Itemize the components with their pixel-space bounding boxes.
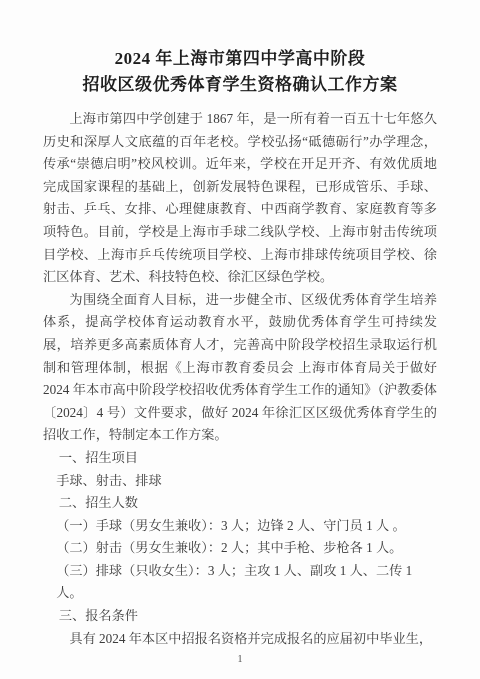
title-line-1: 2024 年上海市第四中学高中阶段 bbox=[43, 46, 437, 72]
title-line-2: 招收区级优秀体育学生资格确认工作方案 bbox=[43, 72, 437, 98]
purpose-paragraph: 为围绕全面育人目标，进一步健全市、区级优秀体育学生培养体系，提高学校体育运动教育… bbox=[43, 289, 437, 447]
eligibility-paragraph: 具有 2024 年本区中招报名资格并完成报名的应届初中毕业生， bbox=[43, 628, 437, 651]
section-1-heading: 一、招生项目 bbox=[59, 447, 437, 470]
enrollment-item-shooting: （二）射击（男女生兼收）：2 人；其中手枪、步枪各 1 人。 bbox=[56, 537, 437, 560]
enrollment-item-volleyball: （三）排球（只收女生）：3 人；主攻 1 人、副攻 1 人、二传 1 人。 bbox=[56, 560, 437, 605]
section-1-sports-list: 手球、射击、排球 bbox=[56, 470, 437, 493]
page-number: 1 bbox=[43, 653, 437, 667]
section-3-heading: 三、报名条件 bbox=[59, 605, 437, 628]
intro-paragraph: 上海市第四中学创建于 1867 年，是一所有着一百五十七年悠久历史和深厚人文底蕴… bbox=[43, 108, 437, 289]
document-body: 上海市第四中学创建于 1867 年，是一所有着一百五十七年悠久历史和深厚人文底蕴… bbox=[43, 108, 437, 650]
enrollment-item-handball: （一）手球（男女生兼收）：3 人；边锋 2 人、守门员 1 人 。 bbox=[56, 515, 437, 538]
document-title: 2024 年上海市第四中学高中阶段 招收区级优秀体育学生资格确认工作方案 bbox=[43, 46, 437, 98]
document-page: 2024 年上海市第四中学高中阶段 招收区级优秀体育学生资格确认工作方案 上海市… bbox=[0, 0, 480, 679]
section-2-heading: 二、招生人数 bbox=[59, 492, 437, 515]
